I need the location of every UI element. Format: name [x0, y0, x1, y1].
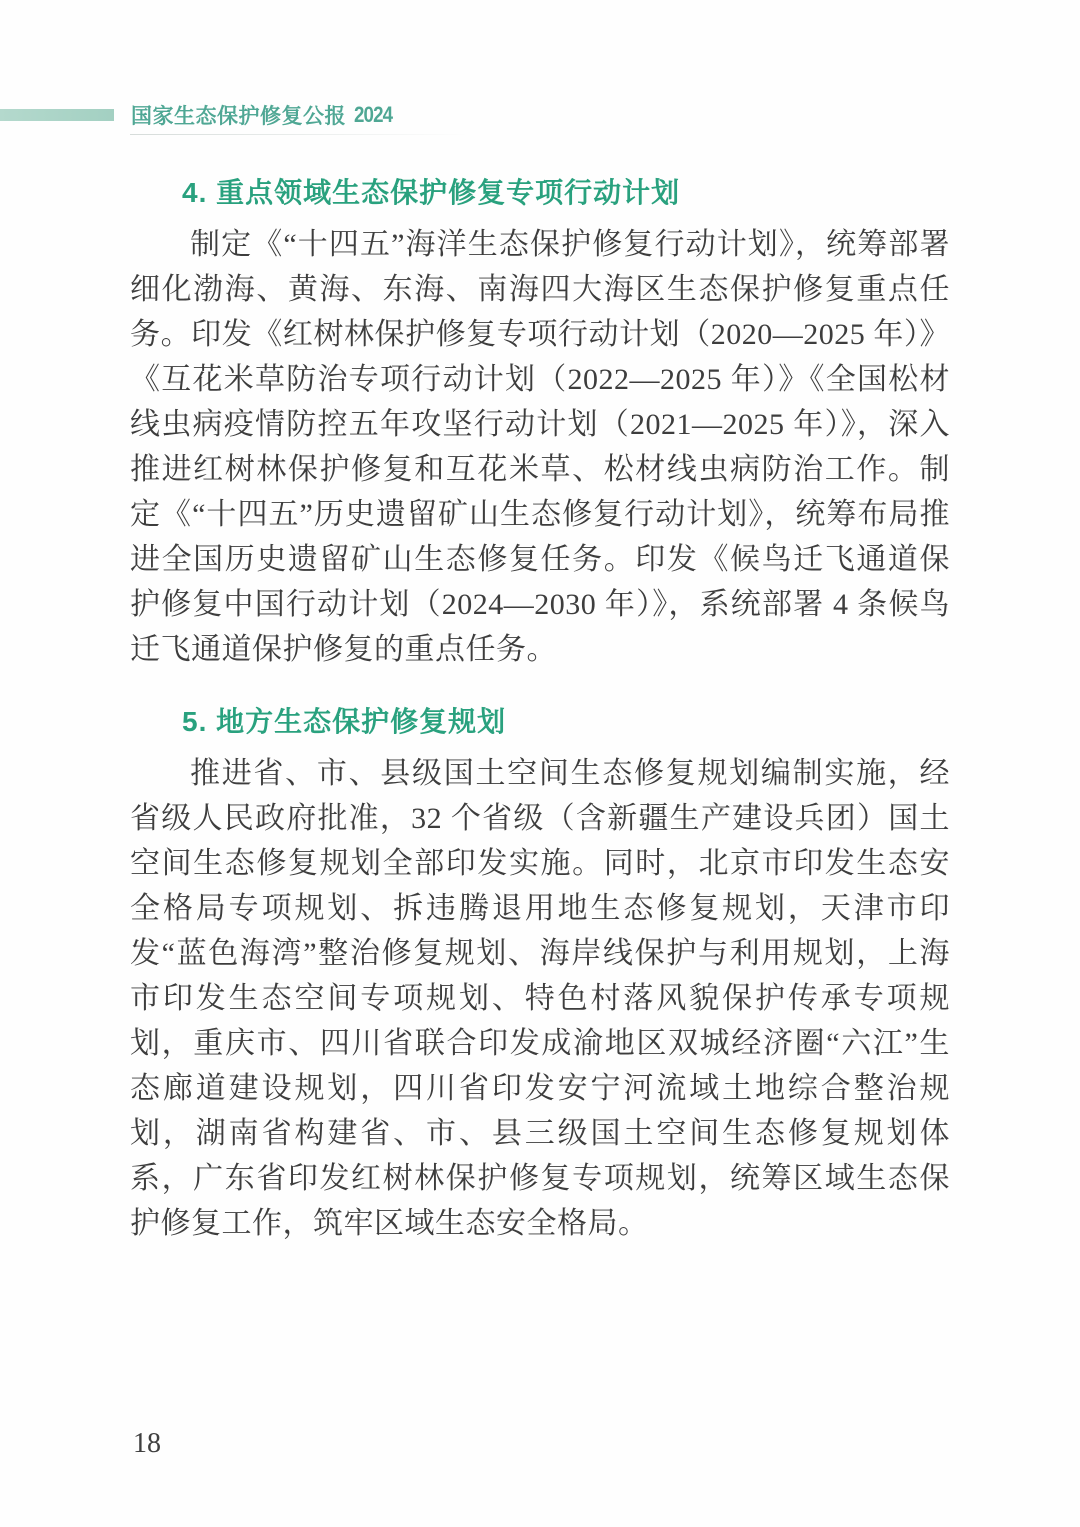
report-title: 国家生态保护修复公报	[131, 100, 346, 130]
section-local-restoration-plans: 5. 地方生态保护修复规划 推进省、市、县级国土空间生态修复规划编制实施，经省级…	[130, 705, 950, 1246]
section-5-paragraph: 推进省、市、县级国土空间生态修复规划编制实施，经省级人民政府批准，32 个省级（…	[130, 751, 950, 1246]
page-content: 4. 重点领域生态保护修复专项行动计划 制定《“十四五”海洋生态保护修复行动计划…	[130, 176, 950, 1246]
report-year: 2024	[354, 102, 392, 128]
section-5-heading: 5. 地方生态保护修复规划	[130, 705, 950, 739]
section-key-field-action-plans: 4. 重点领域生态保护修复专项行动计划 制定《“十四五”海洋生态保护修复行动计划…	[130, 176, 950, 672]
section-4-paragraph: 制定《“十四五”海洋生态保护修复行动计划》，统筹部署细化渤海、黄海、东海、南海四…	[130, 222, 950, 672]
section-4-heading: 4. 重点领域生态保护修复专项行动计划	[130, 176, 950, 210]
header-accent-bar	[0, 109, 114, 121]
document-page: 国家生态保护修复公报 2024 4. 重点领域生态保护修复专项行动计划 制定《“…	[0, 0, 1080, 1527]
header-underline	[130, 134, 470, 135]
page-header: 国家生态保护修复公报 2024	[0, 101, 399, 129]
page-number: 18	[133, 1428, 161, 1460]
